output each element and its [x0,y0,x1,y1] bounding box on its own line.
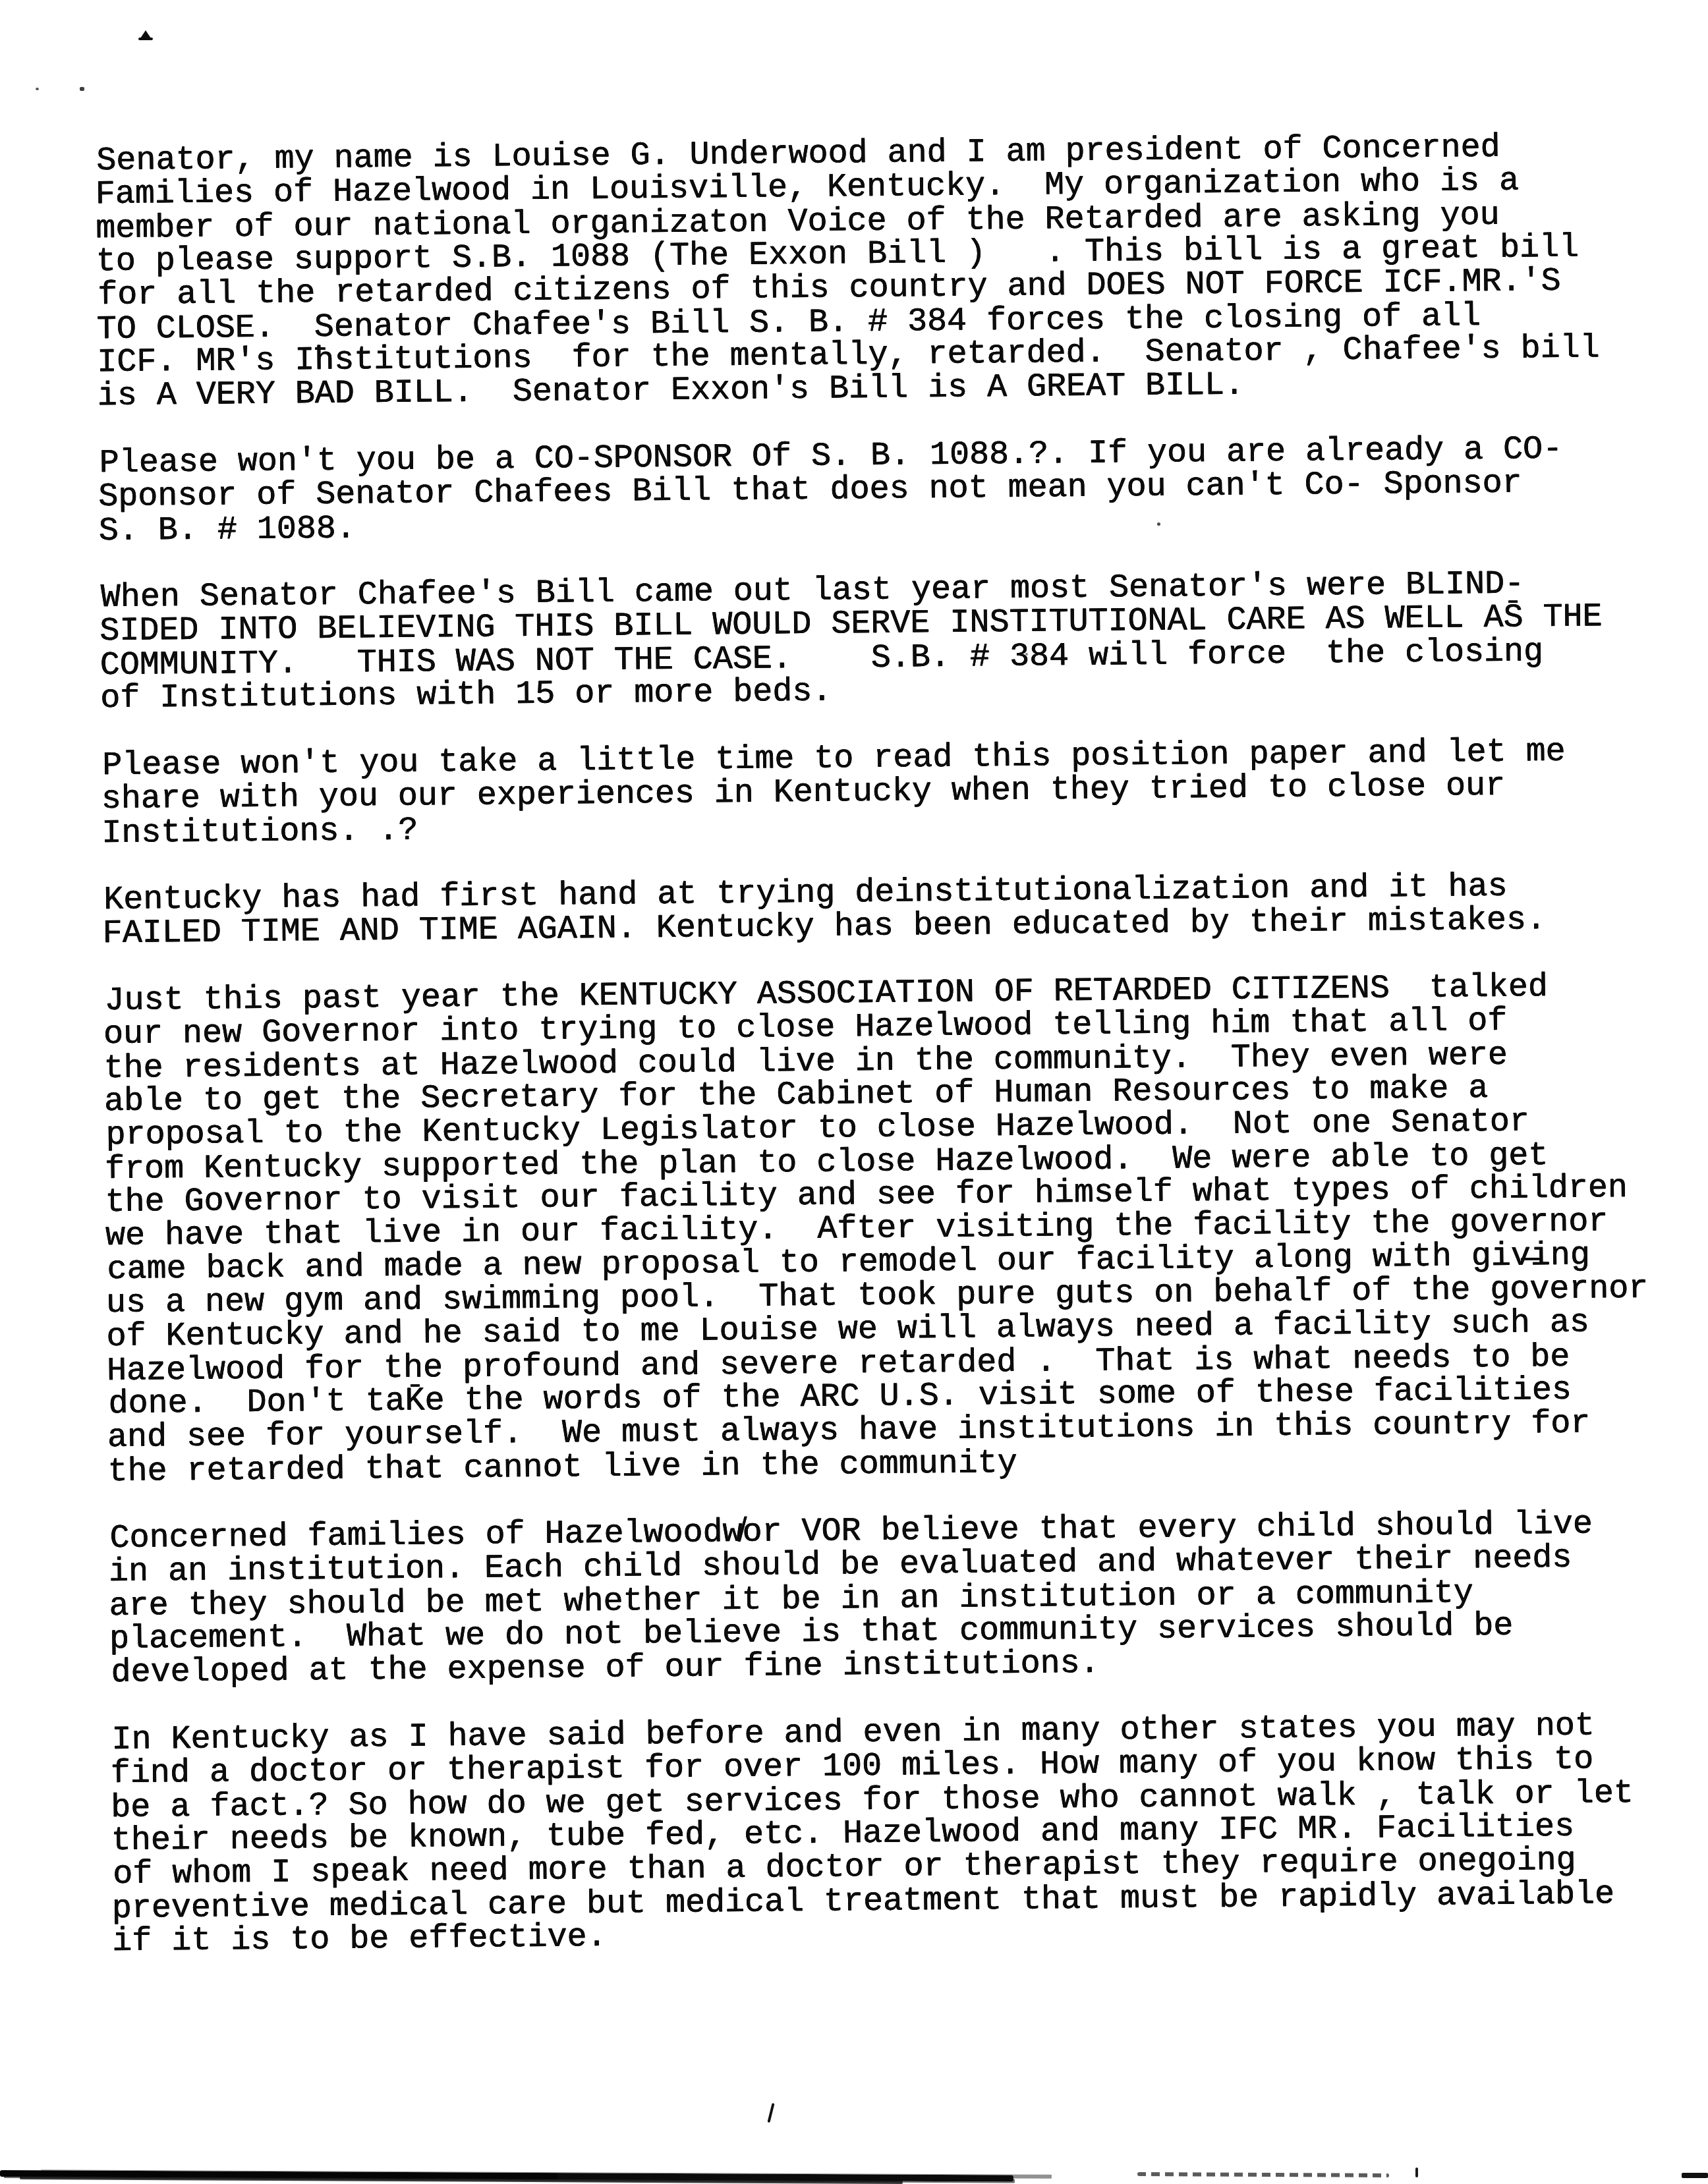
scanner-edge-tick [1415,2168,1418,2177]
paragraph-5: Kentucky has had first hand at trying de… [102,868,1697,951]
scanned-document-page: Senator, my name is Louise G. Underwood … [0,0,1708,2184]
scanner-edge-right-dash [1682,2173,1708,2178]
scan-speck-base [138,38,153,40]
paragraph-1: Senator, my name is Louise G. Underwood … [95,129,1692,413]
paragraph-3: When Senator Chafee's Bill came out last… [99,566,1695,715]
paragraph-2: Please won't you be a CO-SPONSOR Of S. B… [98,432,1693,547]
letter-body: Senator, my name is Louise G. Underwood … [95,129,1707,1959]
scan-speck-triangle-icon [138,30,153,42]
scan-speck-dot [36,88,39,90]
scan-speck-dot [80,87,84,91]
paragraph-4: Please won't you take a little time to r… [101,734,1696,850]
scan-ink-tick [767,2103,774,2123]
scanner-edge-speckle [1137,2172,1389,2177]
paragraph-8: In Kentucky as I have said before and ev… [110,1708,1707,1959]
paragraph-6: Just this past year the KENTUCKY ASSOCIA… [103,969,1702,1488]
paragraph-7: Concerned families of Hazelwoodw̸or VOR … [108,1507,1704,1690]
